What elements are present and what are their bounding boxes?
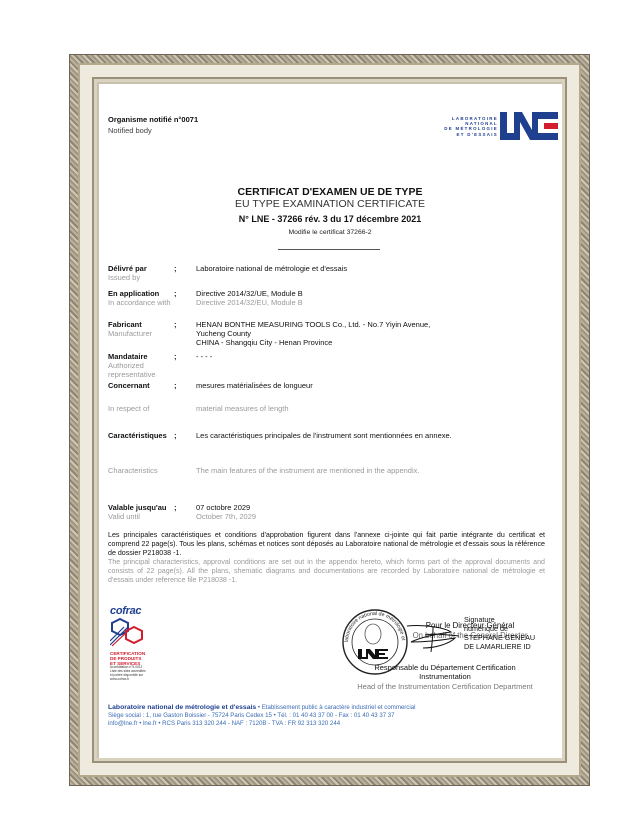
certificate-paper xyxy=(97,82,562,758)
lne-logo-text: LABORATOIRE NATIONAL DE MÉTROLOGIE ET D'… xyxy=(444,116,498,137)
signatory-role-fr-2: Instrumentation xyxy=(340,672,550,681)
handwritten-signature-icon xyxy=(405,618,463,654)
footer-address-line: Siège social : 1, rue Gaston Boissier - … xyxy=(108,712,415,720)
notified-body-number: Organisme notifié n°0071 xyxy=(108,115,198,124)
footer-contact-line: info@lne.fr • lne.fr • RCS Paris 313 320… xyxy=(108,720,415,728)
title-separator xyxy=(278,249,380,250)
lne-logo-mark-icon xyxy=(500,112,558,140)
footer-org: Laboratoire national de métrologie et d'… xyxy=(108,704,256,711)
title-fr: CERTIFICAT D'EXAMEN UE DE TYPE xyxy=(100,186,560,198)
approval-paragraph-en: The principal characteristics, approval … xyxy=(108,558,545,585)
cofrac-accreditation-logo: cofrac CERTIFICATION DE PRODUITS ET SERV… xyxy=(110,605,155,685)
digital-signature-text: Signature numérique de STEPHANE GENEAU D… xyxy=(464,615,535,651)
cofrac-hexagon-icon xyxy=(110,617,150,647)
approval-paragraph-fr: Les principales caractéristiques et cond… xyxy=(108,531,545,558)
footer-address: Laboratoire national de métrologie et d'… xyxy=(108,704,415,728)
svg-text:laboratoire national de métrol: laboratoire national de métrologie et d'… xyxy=(340,607,406,642)
certificate-number: N° LNE - 37266 rév. 3 du 17 décembre 202… xyxy=(100,214,560,224)
signatory-role-en: Head of the Instrumentation Certificatio… xyxy=(340,682,550,691)
signatory-role-fr-1: Responsable du Département Certification xyxy=(340,663,550,672)
lne-logo: LABORATOIRE NATIONAL DE MÉTROLOGIE ET D'… xyxy=(418,112,558,144)
notified-body-label-en: Notified body xyxy=(108,126,152,135)
title-en: EU TYPE EXAMINATION CERTIFICATE xyxy=(100,198,560,210)
modifies-note: Modifie le certificat 37266-2 xyxy=(100,229,560,236)
